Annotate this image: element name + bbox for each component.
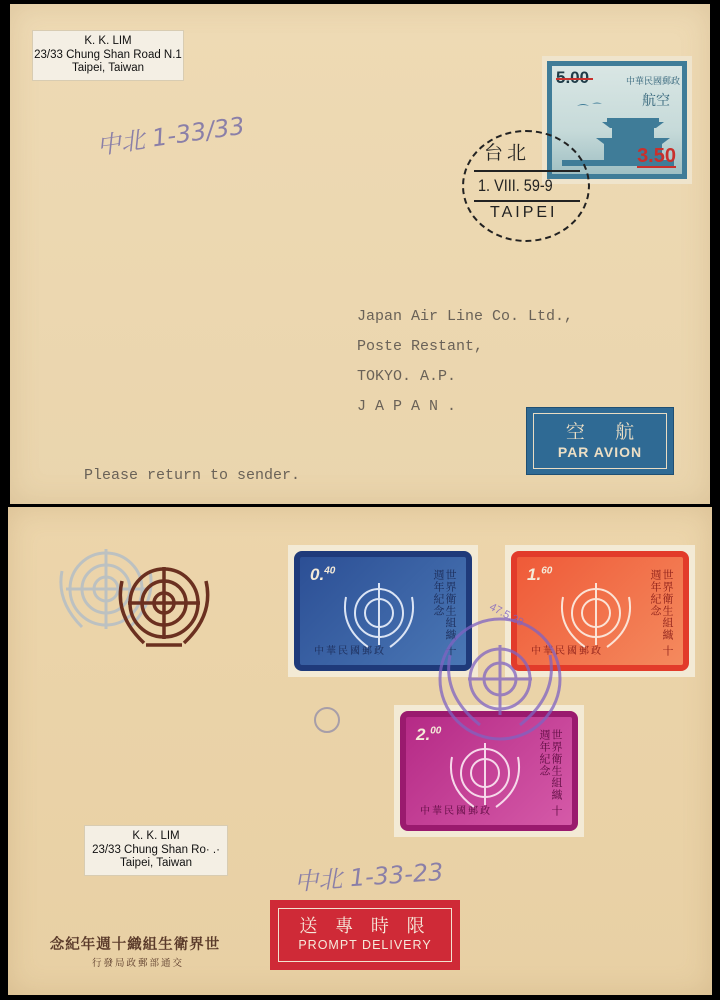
surcharge-value: 3.50 — [637, 146, 676, 168]
pencil-notation: 中北 1-33/33 — [94, 106, 246, 161]
recipient-line-3: TOKYO. A.P. — [357, 362, 573, 392]
recipient-line-2: Poste Restant, — [357, 332, 573, 362]
sender-street: 23/33 Chung Shan Road N.1 — [33, 49, 183, 63]
who-emblem-icon — [334, 579, 424, 653]
par-avion-label: 空 航 PAR AVION — [526, 407, 674, 475]
sender-name: K. K. LIM — [33, 35, 183, 49]
taipei-postmark: 台北 1. VIII. 59-9 TAIPEI — [462, 130, 590, 242]
original-value: 5.00 — [556, 68, 589, 88]
sender-name: K. K. LIM — [85, 830, 227, 844]
stamp-value: 1.60 — [527, 565, 552, 585]
stamp-value: 0.40 — [310, 565, 335, 585]
postmark-city-cn: 台北 — [484, 138, 530, 165]
footer-subtitle: 行發局政郵部通交 — [58, 955, 218, 969]
who-commemorative-cancel — [420, 605, 580, 745]
top-envelope: K. K. LIM 23/33 Chung Shan Road N.1 Taip… — [10, 4, 710, 504]
airmail-chinese: 空 航 — [534, 417, 666, 444]
recipient-line-1: Japan Air Line Co. Ltd., — [357, 302, 573, 332]
prompt-text: PROMPT DELIVERY — [279, 938, 451, 952]
sender-street: 23/33 Chung Shan Ro· .· — [85, 844, 227, 858]
un-emblem-icon — [54, 541, 224, 651]
sender-address-label: K. K. LIM 23/33 Chung Shan Road N.1 Taip… — [32, 30, 184, 81]
who-emblem-icon — [440, 739, 530, 813]
stamp-country-text: 中華民國郵政 — [626, 75, 680, 87]
recipient-address: Japan Air Line Co. Ltd., Poste Restant, … — [357, 302, 573, 422]
postmark-date: 1. VIII. 59-9 — [478, 176, 553, 196]
stamp-type-text: 航空 — [642, 90, 670, 110]
bottom-envelope: 0.40 世界衛生組織 十週年紀念 中華民國郵政 1.60 世界衛生組織 十週年… — [8, 507, 712, 995]
sender-city: Taipei, Taiwan — [33, 62, 183, 76]
airmail-text: PAR AVION — [534, 444, 666, 460]
small-circle-mark — [314, 707, 340, 733]
return-note: Please return to sender. — [84, 467, 300, 484]
stamp-vertical-text: 世界衛生組織 十週年紀念 — [649, 569, 673, 665]
sender-city: Taipei, Taiwan — [85, 857, 227, 871]
sender-address-label: K. K. LIM 23/33 Chung Shan Ro· .· Taipei… — [84, 825, 228, 876]
pencil-notation: 中北 1-33-23 — [293, 852, 444, 897]
prompt-delivery-label: 送 專 時 限 PROMPT DELIVERY — [270, 900, 460, 970]
prompt-chinese: 送 專 時 限 — [279, 912, 451, 938]
postmark-city-en: TAIPEI — [490, 204, 558, 222]
footer-title: 念紀年週十織組生衛界世 — [34, 933, 236, 954]
